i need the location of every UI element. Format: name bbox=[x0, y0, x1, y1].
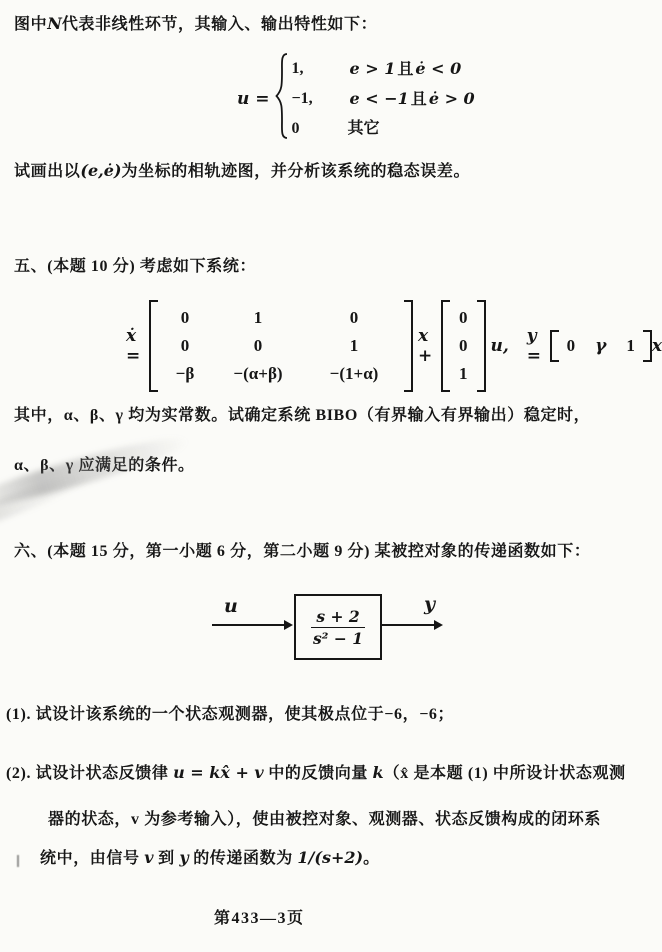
case-value: 1, bbox=[292, 54, 340, 84]
item2-l3-end: 。 bbox=[363, 850, 380, 867]
q6-item-2-line-2: 器的状态，v 为参考输入），使由被控对象、观测器、状态反馈构成的闭环系 bbox=[48, 809, 601, 831]
q6-item-1: (1). 试设计该系统的一个状态观测器，使其极点位于−6，−6； bbox=[6, 704, 454, 726]
input-vector: 0 0 1 bbox=[441, 300, 486, 392]
matrix-cell: 0 bbox=[162, 308, 208, 328]
cond-join: 且 bbox=[411, 91, 427, 108]
q4-task-line: 试画出以(e,ė)为坐标的相轨迹图，并分析该系统的稳态误差。 bbox=[14, 160, 470, 183]
feedback-law-math: u = kx̂ + v bbox=[173, 763, 264, 782]
piecewise-lhs: u = bbox=[237, 89, 270, 109]
matrix-a-cells: 0 1 0 0 0 1 −β −(α+β) −(1+α) bbox=[158, 300, 404, 392]
matrix-cell: 0 bbox=[162, 336, 208, 356]
transfer-function: s + 2 s² − 1 bbox=[311, 608, 364, 647]
q4-intro-pre: 图中 bbox=[14, 16, 47, 33]
item1-label: (1). bbox=[6, 706, 31, 723]
tf-denominator: s² − 1 bbox=[311, 628, 364, 647]
state-space-equation: ẋ = 0 1 0 0 0 1 −β −(α+β) −(1+α) x + 0 0… bbox=[126, 300, 662, 392]
phase-coords: (e,ė) bbox=[80, 161, 121, 180]
cond-a: e > 1 bbox=[350, 59, 396, 78]
q5-condition-line-2: α、β、γ 应满足的条件。 bbox=[14, 455, 195, 477]
q4-intro-variable: N bbox=[47, 14, 62, 33]
vector-cell: 0 bbox=[567, 336, 576, 356]
vector-cell: 1 bbox=[459, 364, 468, 384]
page-number: 第433—3页 bbox=[214, 908, 305, 930]
scan-mark bbox=[17, 855, 19, 867]
case-value: 0 bbox=[292, 114, 340, 143]
matrix-cell: 1 bbox=[208, 308, 308, 328]
v-variable: v bbox=[144, 848, 153, 867]
q4-intro-line: 图中N代表非线性环节，其输入、输出特性如下： bbox=[14, 13, 377, 36]
vector-cell: 1 bbox=[626, 336, 635, 356]
right-bracket-icon bbox=[477, 300, 486, 392]
k-variable: k bbox=[373, 763, 384, 782]
u-comma: u, bbox=[491, 336, 509, 356]
vector-cell: γ bbox=[595, 336, 606, 356]
item2-l3-mid: 到 bbox=[154, 850, 180, 867]
cond-a: e < −1 bbox=[350, 89, 409, 108]
left-bracket-icon bbox=[441, 300, 450, 392]
cond-b: ė < 0 bbox=[415, 59, 461, 78]
phase-pre: 试画出以 bbox=[14, 163, 80, 180]
matrix-cell: 0 bbox=[208, 336, 308, 356]
right-bracket-icon bbox=[404, 300, 413, 392]
piecewise-equation: u = 1, e > 1且ė < 0 −1, e < −1且ė > 0 0 其它 bbox=[237, 52, 477, 145]
item2-l3-pre: 统中，由信号 bbox=[40, 850, 144, 867]
exam-page: 图中N代表非线性环节，其输入、输出特性如下： u = 1, e > 1且ė < … bbox=[0, 0, 662, 952]
y-variable: y bbox=[179, 848, 188, 867]
curly-brace-icon bbox=[274, 52, 289, 145]
state-matrix: 0 1 0 0 0 1 −β −(α+β) −(1+α) bbox=[149, 300, 413, 392]
matrix-cell: −β bbox=[162, 364, 208, 384]
item2-mid: 中的反馈向量 bbox=[264, 765, 373, 782]
output-arrow-line bbox=[380, 624, 438, 626]
q6-title: 六、(本题 15 分，第一小题 6 分，第二小题 9 分) 某被控对象的传递函数… bbox=[14, 541, 590, 563]
cond-b: ė > 0 bbox=[429, 89, 475, 108]
q4-intro-post: 代表非线性环节，其输入、输出特性如下： bbox=[62, 16, 377, 33]
matrix-cell: −(α+β) bbox=[208, 364, 308, 384]
case-value: −1, bbox=[292, 84, 340, 114]
right-bracket-icon bbox=[643, 330, 652, 362]
item2-pre: 试设计状态反馈律 bbox=[36, 765, 173, 782]
output-vector: 0 γ 1 bbox=[550, 330, 652, 362]
xdot-lhs: ẋ = bbox=[126, 326, 144, 366]
left-bracket-icon bbox=[149, 300, 158, 392]
tf-numerator: s + 2 bbox=[311, 608, 364, 628]
matrix-cell: 1 bbox=[308, 336, 400, 356]
q5-title: 五、(本题 10 分) 考虑如下系统： bbox=[14, 256, 256, 278]
q5-condition-line-1: 其中，α、β、γ 均为实常数。试确定系统 BIBO（有界输入有界输出）稳定时， bbox=[14, 405, 590, 427]
q6-item-2-line-1: (2). 试设计状态反馈律 u = kx̂ + v 中的反馈向量 k（x̂ 是本… bbox=[6, 762, 626, 785]
input-arrowhead-icon bbox=[284, 620, 293, 630]
item2-label: (2). bbox=[6, 765, 31, 782]
matrix-cell: −(1+α) bbox=[308, 364, 400, 384]
case-condition: e < −1且ė > 0 bbox=[348, 84, 477, 114]
x-plus: x + bbox=[418, 326, 436, 366]
piecewise-cases: 1, e > 1且ė < 0 −1, e < −1且ė > 0 0 其它 bbox=[292, 54, 477, 143]
vector-cell: 0 bbox=[459, 336, 468, 356]
cond-join: 且 bbox=[397, 61, 413, 78]
phase-post: 为坐标的相轨迹图，并分析该系统的稳态误差。 bbox=[121, 163, 470, 180]
item2-l3-post: 的传递函数为 bbox=[189, 850, 298, 867]
vector-cell: 0 bbox=[459, 308, 468, 328]
transfer-function-block: s + 2 s² − 1 bbox=[294, 594, 382, 660]
vector-c-cells: 0 γ 1 bbox=[559, 330, 643, 362]
item1-text: 试设计该系统的一个状态观测器，使其极点位于−6，−6； bbox=[36, 706, 454, 723]
output-arrowhead-icon bbox=[434, 620, 443, 630]
item2-post: （x̂ 是本题 (1) 中所设计状态观测 bbox=[384, 765, 626, 782]
case-condition: 其它 bbox=[348, 114, 477, 143]
closed-loop-tf: 1/(s+2) bbox=[297, 848, 363, 867]
y-lhs: y = bbox=[527, 326, 545, 366]
case-condition: e > 1且ė < 0 bbox=[348, 54, 477, 84]
q6-item-2-line-3: 统中，由信号 v 到 y 的传递函数为 1/(s+2)。 bbox=[40, 847, 380, 870]
input-arrow-line bbox=[212, 624, 288, 626]
diagram-input-label: u bbox=[224, 595, 238, 617]
diagram-output-label: y bbox=[424, 593, 435, 615]
left-bracket-icon bbox=[550, 330, 559, 362]
x-tail: x bbox=[652, 336, 662, 356]
vector-b-cells: 0 0 1 bbox=[450, 300, 477, 392]
matrix-cell: 0 bbox=[308, 308, 400, 328]
